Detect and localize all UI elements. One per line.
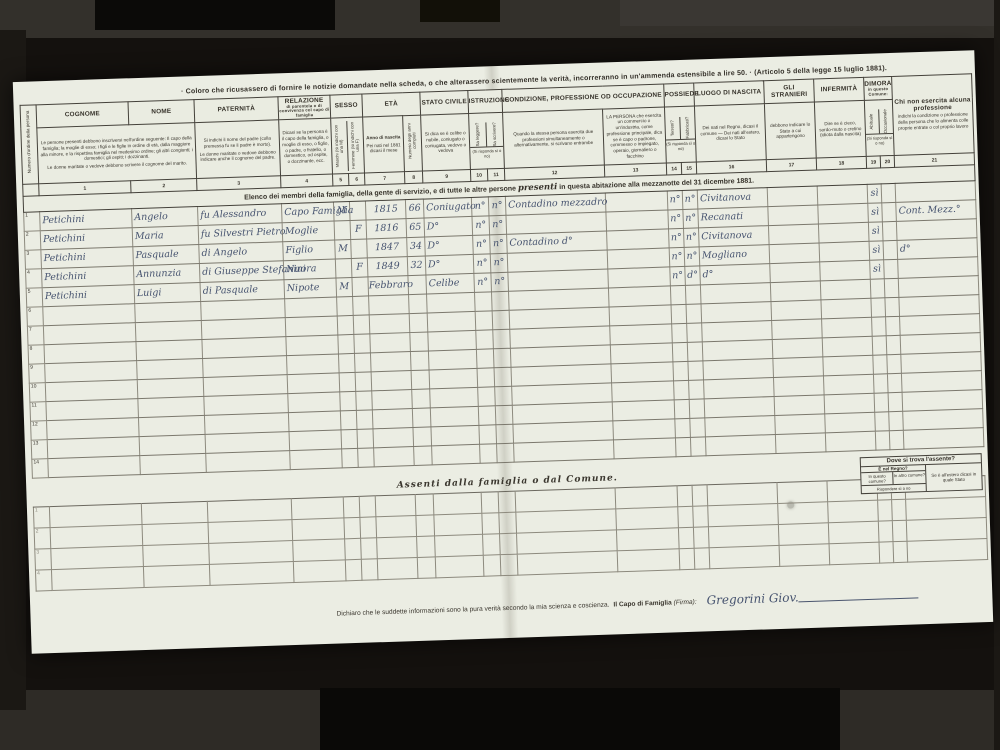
- table-cell: [412, 389, 431, 409]
- table-cell: [770, 281, 821, 302]
- table-cell: M: [335, 239, 352, 259]
- row-number: 6: [27, 307, 44, 327]
- table-cell: [610, 343, 673, 364]
- table-cell: [609, 305, 672, 326]
- table-cell: [771, 300, 822, 321]
- table-cell: [820, 279, 871, 300]
- table-cell: [135, 320, 202, 341]
- table-cell: [874, 393, 889, 412]
- table-cell: [673, 361, 689, 380]
- handwritten-entry: n°: [492, 219, 503, 230]
- table-cell: [608, 267, 671, 288]
- table-cell: [778, 502, 829, 525]
- table-cell: [480, 444, 498, 464]
- col-number: 8: [404, 171, 422, 184]
- handwritten-entry: Nuora: [286, 263, 317, 275]
- table-cell: [370, 333, 411, 353]
- table-cell: [376, 515, 417, 537]
- table-cell: [285, 316, 338, 337]
- eta-anno-nascita: Anno di nascita Pei nati nel 1881 dicasi…: [363, 116, 405, 173]
- table-cell: [417, 536, 436, 558]
- assenti-section: Assenti dalla famiglia o dal Comune. Dov…: [32, 461, 985, 591]
- table-cell: [344, 517, 361, 539]
- dimora-subcolumns: Abituale Occasionale (Si risponda sì o n…: [864, 99, 894, 156]
- handwritten-entry: 32: [410, 260, 422, 271]
- table-cell: [671, 304, 687, 323]
- table-cell: [878, 500, 893, 521]
- table-cell: [607, 229, 670, 250]
- table-cell: [674, 380, 690, 399]
- row-number: 14: [32, 459, 49, 479]
- table-cell: [493, 348, 511, 368]
- handwritten-entry: D°: [427, 221, 440, 232]
- table-cell: Coniugato: [423, 197, 472, 218]
- handwritten-entry: d°: [687, 269, 698, 280]
- row-number: 2: [34, 528, 51, 550]
- table-cell: [143, 543, 210, 566]
- table-cell: [481, 492, 499, 514]
- table-cell: [428, 349, 477, 370]
- handwritten-entry: n°: [670, 213, 681, 224]
- table-cell: [882, 202, 897, 221]
- table-cell: [892, 499, 907, 520]
- table-cell: [818, 222, 869, 243]
- table-cell: 1849: [367, 257, 408, 277]
- table-cell: [500, 554, 518, 576]
- table-cell: [824, 374, 875, 395]
- table-cell: M: [336, 277, 353, 297]
- table-cell: [377, 557, 418, 579]
- table-cell: [906, 497, 987, 521]
- table-cell: n°: [490, 234, 508, 254]
- head-of-family-signature: Gregorini Giov.: [706, 590, 799, 607]
- table-cell: [360, 517, 377, 539]
- table-cell: [825, 431, 876, 452]
- table-cell: [613, 419, 676, 440]
- signature-underline: [799, 597, 919, 602]
- possiede-subcolumns: Terreni? Fabbricati? (Si risponda sì o n…: [665, 106, 697, 163]
- table-cell: [514, 440, 615, 462]
- table-cell: [821, 298, 872, 319]
- handwritten-entry: fu Alessandro: [200, 208, 266, 221]
- sa-scrivere-label: Sa scrivere?: [492, 122, 497, 147]
- table-cell: [477, 368, 495, 388]
- table-cell: [369, 314, 410, 334]
- table-cell: [886, 316, 901, 335]
- handwritten-entry: Pasquale: [135, 249, 178, 261]
- table-cell: [881, 183, 896, 202]
- table-cell: [708, 503, 779, 526]
- table-cell: [140, 453, 207, 474]
- table-cell: Capo Famiglia: [281, 202, 334, 223]
- table-cell: [774, 395, 825, 416]
- table-cell: [907, 539, 988, 563]
- handwritten-entry: Petichini: [43, 252, 85, 264]
- table-cell: [693, 506, 709, 527]
- scanner-background-right: [994, 0, 1000, 750]
- family-members-table: Numero d'ordine della persona COGNOME NO…: [20, 73, 985, 478]
- table-cell: [143, 564, 210, 587]
- sesso-maschi-label: Maschi (Si indichi con una M): [334, 121, 345, 171]
- table-cell: [285, 297, 338, 318]
- table-cell: n°: [473, 235, 491, 255]
- table-cell: [337, 315, 354, 335]
- relazione-note-cell: Dicasi se la persona è il capo della fam…: [279, 118, 333, 176]
- condizione-sub2-cell: LA PERSONA che esercita un commercio o u…: [603, 107, 667, 165]
- estero-note: Se è all'estero dicasi in quale Stato: [926, 463, 982, 491]
- handwritten-entry: Mogliano: [702, 249, 747, 261]
- table-cell: 1815: [365, 200, 406, 220]
- table-cell: 32: [407, 256, 426, 276]
- infermita-note: Dire se è cieco, sordo-muto o cretino (i…: [816, 119, 866, 140]
- table-cell: [871, 298, 886, 317]
- subtitle-presenti: presenti: [518, 182, 558, 193]
- table-cell: [829, 542, 880, 565]
- table-cell: [818, 203, 869, 224]
- table-cell: [410, 351, 429, 371]
- table-cell: [688, 361, 704, 380]
- table-cell: [770, 262, 821, 283]
- table-cell: [435, 534, 484, 557]
- table-cell: [293, 539, 346, 562]
- census-form-paper: · Coloro che ricusassero di fornire le n…: [13, 50, 993, 654]
- table-cell: d°: [700, 264, 771, 285]
- table-cell: [704, 397, 775, 418]
- table-cell: [769, 243, 820, 264]
- table-cell: [709, 545, 780, 568]
- table-cell: sì: [870, 260, 885, 279]
- condizione-sub1-cell: Quando la stessa persona esercita due pr…: [503, 109, 605, 168]
- table-cell: [615, 486, 678, 509]
- row-number: 9: [29, 364, 46, 384]
- table-cell: [370, 352, 411, 372]
- table-cell: [369, 295, 410, 315]
- table-cell: 1816: [366, 219, 407, 239]
- table-cell: [342, 448, 359, 468]
- table-cell: [888, 392, 903, 411]
- table-cell: [434, 513, 483, 536]
- row-number: 10: [29, 383, 46, 403]
- table-cell: [690, 418, 706, 437]
- table-cell: [206, 451, 291, 473]
- table-cell: [610, 324, 673, 345]
- col-stato-civile: STATO CIVILE: [420, 91, 469, 116]
- table-cell: [773, 357, 824, 378]
- table-cell: n°: [684, 247, 700, 266]
- handwritten-entry: Nipote: [287, 282, 320, 294]
- table-cell: [678, 506, 694, 527]
- table-cell: [208, 520, 293, 544]
- handwritten-entry: Febbraro: [369, 279, 414, 291]
- questo-comune-label: In questo comune?: [861, 472, 894, 485]
- table-cell: [707, 482, 778, 505]
- table-cell: [338, 353, 355, 373]
- handwritten-entry: fu Silvestri Pietro: [201, 226, 286, 240]
- col-infermita: INFERMITÀ: [814, 77, 865, 102]
- table-cell: [410, 332, 429, 352]
- table-cell: Nuora: [283, 259, 336, 280]
- handwritten-entry: Contadino d°: [509, 236, 573, 249]
- fabbricati-label: Fabbricati?: [685, 117, 690, 139]
- table-cell: [704, 378, 775, 399]
- table-cell: [822, 317, 873, 338]
- table-cell: [289, 430, 342, 451]
- condizione-sub2: LA PERSONA che esercita un commercio o u…: [603, 111, 666, 161]
- eta-1881-note: Pei nati nel 1881 dicasi il mese: [364, 141, 403, 156]
- handwritten-entry: n°: [686, 251, 697, 262]
- table-cell: [374, 447, 415, 467]
- table-cell: Nipote: [284, 278, 337, 299]
- handwritten-entry: Coniugato: [426, 201, 476, 214]
- col-paternita: PATERNITÀ: [194, 97, 279, 123]
- handwritten-entry: n°: [685, 213, 696, 224]
- table-cell: [430, 406, 479, 427]
- table-cell: [141, 501, 208, 524]
- table-cell: [287, 373, 340, 394]
- table-cell: [430, 387, 479, 408]
- handwritten-entry: 1849: [375, 260, 400, 272]
- table-cell: [377, 536, 418, 558]
- table-cell: [361, 559, 378, 581]
- table-cell: [872, 336, 887, 355]
- table-cell: [884, 278, 899, 297]
- table-cell: [775, 414, 826, 435]
- table-cell: [883, 240, 898, 259]
- handwritten-entry: di Pasquale: [203, 284, 259, 297]
- table-cell: [435, 555, 484, 578]
- table-cell: [432, 444, 481, 465]
- table-cell: [705, 416, 776, 437]
- table-cell: [417, 557, 436, 579]
- table-cell: [672, 342, 688, 361]
- table-cell: [478, 387, 496, 407]
- handwritten-entry: n°: [669, 194, 680, 205]
- table-cell: sì: [868, 222, 883, 241]
- handwritten-entry: M: [339, 281, 349, 292]
- col-eta: ETÀ: [362, 92, 421, 117]
- table-cell: [372, 390, 413, 410]
- table-cell: [903, 428, 984, 450]
- handwritten-entry: n°: [671, 232, 682, 243]
- table-cell: [427, 311, 476, 332]
- table-cell: [889, 411, 904, 430]
- table-cell: n°: [682, 190, 698, 209]
- table-cell: [207, 499, 292, 523]
- table-cell: n°: [684, 228, 700, 247]
- abituale-label: Abituale: [870, 114, 875, 130]
- handwritten-entry: Annunzia: [136, 268, 181, 280]
- table-cell: n°: [473, 254, 491, 274]
- table-cell: [493, 329, 511, 349]
- table-cell: [612, 400, 675, 421]
- table-cell: [607, 248, 670, 269]
- table-cell: Civitanova: [697, 188, 768, 209]
- table-cell: [702, 340, 773, 361]
- handwritten-entry: Moglie: [285, 225, 319, 237]
- table-cell: [674, 399, 690, 418]
- handwritten-entry: sì: [870, 187, 878, 198]
- table-cell: [482, 513, 500, 535]
- table-cell: [411, 370, 430, 390]
- table-cell: Pasquale: [133, 245, 200, 266]
- occasionale-label: Occasionale: [883, 109, 888, 133]
- handwritten-entry: F: [356, 262, 363, 273]
- handwritten-entry: F: [355, 224, 362, 235]
- handwritten-entry: n°: [493, 257, 504, 268]
- row-number: 8: [28, 345, 45, 365]
- row-number: 5: [26, 288, 43, 308]
- table-cell: [778, 523, 829, 546]
- table-cell: [705, 435, 776, 456]
- table-cell: [416, 515, 435, 537]
- altro-comune-label: In altro comune?: [894, 471, 926, 484]
- table-cell: [494, 367, 512, 387]
- table-cell: [137, 358, 204, 379]
- handwritten-entry: n°: [476, 257, 487, 268]
- table-cell: Figlio: [283, 240, 336, 261]
- table-cell: [612, 381, 675, 402]
- table-cell: [887, 354, 902, 373]
- table-cell: [677, 485, 693, 506]
- table-cell: n°: [474, 273, 492, 293]
- table-cell: [292, 518, 345, 541]
- table-cell: [882, 221, 897, 240]
- table-cell: [774, 376, 825, 397]
- table-cell: [694, 548, 710, 569]
- scanner-shadow: [420, 0, 500, 22]
- table-cell: [820, 260, 871, 281]
- table-cell: [291, 497, 344, 520]
- table-cell: Celibe: [426, 273, 475, 294]
- table-cell: [372, 409, 413, 429]
- infermita-note-cell: Dire se è cieco, sordo-muto o cretino (i…: [814, 100, 866, 158]
- col-nome: NOME: [128, 100, 195, 125]
- table-cell: [670, 285, 686, 304]
- handwritten-entry: D°: [428, 259, 441, 270]
- stranieri-note: debbono indicare lo Stato a cui apparten…: [766, 120, 816, 141]
- table-cell: [775, 433, 826, 454]
- table-cell: [692, 485, 708, 506]
- chi-non-note: indichi la condizione o professione dell…: [893, 111, 973, 133]
- handwritten-entry: Petichini: [44, 271, 86, 283]
- person-number-label: Numero d'ordine della persona: [26, 111, 33, 174]
- handwritten-entry: 1847: [375, 241, 400, 253]
- handwritten-entry: Recanati: [701, 211, 744, 223]
- table-cell: [483, 555, 501, 577]
- col-istruzione: ISTRUZIONE: [468, 89, 503, 113]
- table-cell: [483, 534, 501, 556]
- table-cell: [476, 349, 494, 369]
- table-cell: [373, 428, 414, 448]
- handwritten-entry: d°: [900, 243, 911, 254]
- table-cell: [686, 304, 702, 323]
- table-cell: [679, 548, 695, 569]
- table-cell: [884, 259, 899, 278]
- table-cell: n°: [490, 253, 508, 273]
- table-cell: [675, 418, 691, 437]
- table-cell: 34: [407, 237, 426, 257]
- table-cell: [492, 310, 510, 330]
- sa-leggere-label: Sa leggere?: [475, 123, 480, 147]
- handwritten-entry: d°: [702, 269, 713, 280]
- handwritten-entry: n°: [477, 276, 488, 287]
- stato-civile-note: Si dica se è celibe o nubile, coniugato …: [422, 129, 470, 155]
- handwritten-entry: n°: [493, 238, 504, 249]
- table-cell: [687, 342, 703, 361]
- table-cell: [352, 277, 369, 297]
- table-cell: [617, 549, 680, 572]
- table-cell: [693, 527, 709, 548]
- handwritten-entry: Cont. Mezz.°: [898, 204, 960, 217]
- table-cell: [690, 437, 706, 456]
- table-cell: Civitanova: [699, 226, 770, 247]
- handwritten-entry: n°: [686, 232, 697, 243]
- scanner-shadow: [95, 0, 335, 30]
- handwritten-entry: n°: [475, 219, 486, 230]
- table-cell: [375, 494, 416, 516]
- col-dimora: DIMORA in questo Comune:: [864, 76, 893, 100]
- dimora-subtitle: in questo Comune:: [864, 87, 891, 97]
- table-cell: [476, 330, 494, 350]
- table-cell: [409, 313, 428, 333]
- handwritten-entry: n°: [684, 194, 695, 205]
- table-cell: [828, 500, 879, 523]
- table-cell: Febbraro: [368, 276, 409, 296]
- table-cell: [878, 521, 893, 542]
- table-cell: [672, 323, 688, 342]
- table-cell: [337, 296, 354, 316]
- table-cell: [209, 541, 294, 565]
- table-cell: n°: [669, 247, 685, 266]
- handwritten-entry: 1815: [373, 203, 398, 215]
- table-cell: [689, 380, 705, 399]
- rispondere-note: Rispondere sì o no: [862, 484, 926, 493]
- handwritten-entry: n°: [672, 270, 683, 281]
- table-cell: [701, 302, 772, 323]
- handwritten-entry: n°: [476, 238, 487, 249]
- table-cell: [357, 429, 374, 449]
- table-cell: [139, 434, 206, 455]
- table-cell: [606, 210, 669, 231]
- table-cell: n°: [489, 215, 507, 235]
- table-cell: [475, 311, 493, 331]
- table-cell: [605, 191, 668, 212]
- row-number: 1: [33, 507, 50, 529]
- handwritten-entry: Petichini: [42, 214, 84, 226]
- handwritten-entry: Celibe: [429, 277, 460, 289]
- sesso-subcolumns: Maschi (Si indichi con una M) Femmine (S…: [331, 117, 365, 174]
- table-cell: [356, 410, 373, 430]
- table-cell: n°: [472, 216, 490, 236]
- table-cell: sì: [868, 203, 883, 222]
- handwritten-entry: M: [337, 205, 347, 216]
- table-cell: [708, 524, 779, 547]
- row-number: 4: [35, 570, 52, 592]
- table-cell: [431, 425, 480, 446]
- handwritten-entry: Petichini: [45, 290, 87, 302]
- col-number: 11: [487, 168, 504, 181]
- col-number: 14: [666, 162, 681, 174]
- handwritten-entry: Figlio: [285, 244, 313, 256]
- table-cell: Recanati: [698, 207, 769, 228]
- table-cell: [340, 391, 357, 411]
- firma-paren: (Firma):: [673, 599, 696, 607]
- table-cell: [412, 408, 431, 428]
- row-number: 11: [30, 402, 47, 422]
- table-cell: [371, 371, 412, 391]
- handwritten-entry: di Angelo: [201, 246, 247, 259]
- table-cell: n°: [491, 272, 509, 292]
